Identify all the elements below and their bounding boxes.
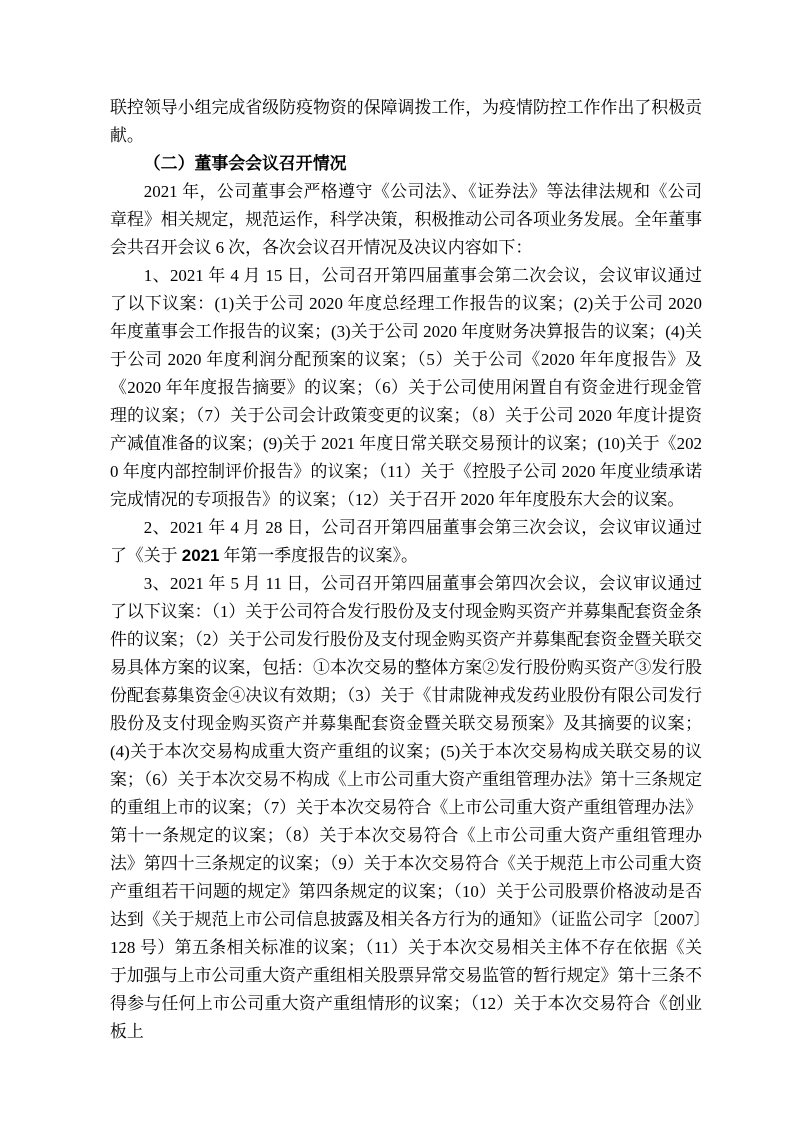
text-run-bold: （二）董事会会议召开情况 xyxy=(144,154,347,173)
text-run: 1、2021 年 4 月 15 日，公司召开第四届董事会第二次会议，会议审议通过… xyxy=(110,266,702,509)
text-run: 2021 年，公司董事会严格遵守《公司法》、《证券法》等法律法规和《公司章程》相… xyxy=(110,182,702,257)
meeting-1-paragraph: 1、2021 年 4 月 15 日，公司召开第四届董事会第二次会议，会议审议通过… xyxy=(110,262,702,514)
text-run: 联控领导小组完成省级防疫物资的保障调拨工作，为疫情防控工作作出了积极贡献。 xyxy=(110,98,702,145)
section-heading: （二）董事会会议召开情况 xyxy=(110,150,702,178)
text-run: 3、2021 年 5 月 11 日，公司召开第四届董事会第四次会议，会议审议通过… xyxy=(110,574,702,1041)
board-overview-paragraph: 2021 年，公司董事会严格遵守《公司法》、《证券法》等法律法规和《公司章程》相… xyxy=(110,178,702,262)
meeting-3-paragraph: 3、2021 年 5 月 11 日，公司召开第四届董事会第四次会议，会议审议通过… xyxy=(110,570,702,1046)
document-page: 联控领导小组完成省级防疫物资的保障调拨工作，为疫情防控工作作出了积极贡献。 （二… xyxy=(0,0,793,1122)
meeting-2-paragraph: 2、2021 年 4 月 28 日，公司召开第四届董事会第三次会议，会议审议通过… xyxy=(110,514,702,570)
text-run: 年第一季度报告的议案》。 xyxy=(219,546,417,565)
document-body: 联控领导小组完成省级防疫物资的保障调拨工作，为疫情防控工作作出了积极贡献。 （二… xyxy=(110,94,702,1046)
text-run-bold: 2021 xyxy=(182,546,220,565)
continuation-paragraph: 联控领导小组完成省级防疫物资的保障调拨工作，为疫情防控工作作出了积极贡献。 xyxy=(110,94,702,150)
